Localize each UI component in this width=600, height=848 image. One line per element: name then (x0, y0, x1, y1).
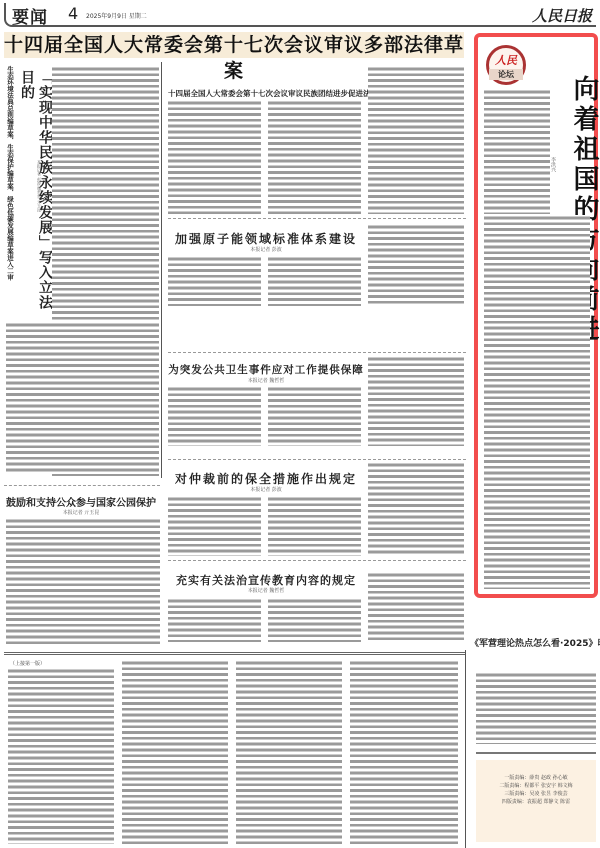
editor-credits: 一版责编：薛贵 赵政 孙心敏 二版责编：程都平 张安宇 韩文梅 三版责编：吴凌 … (476, 760, 596, 842)
credit-row: 二版责编：程都平 张安宇 韩文梅 (476, 782, 596, 790)
column-divider (465, 650, 466, 848)
article4-col3 (368, 356, 464, 446)
lead-body-wide (6, 322, 159, 474)
article5-col2 (268, 496, 361, 556)
banner: 十四届全国人大常委会第十七次会议审议多部法律草案 (4, 32, 464, 58)
article7-title: 鼓励和支持公众参与国家公园保护 (6, 494, 162, 509)
article6-col2 (268, 598, 361, 642)
opinion-author: 李洪兴 (550, 157, 557, 172)
article3-col2 (268, 256, 361, 306)
divider (168, 352, 466, 353)
opinion-box: 人民 论坛 向着祖国的方向前进 李洪兴 “共去吧，向洋！你不见戈壁大漠的风沙，山… (474, 33, 598, 598)
lead-subhead: 生态环境法典总则编草案、生态保护编草案、绿色低碳发展编草案进入二审 (6, 66, 14, 306)
article3-body (168, 256, 261, 306)
section-rule (4, 652, 466, 655)
article4-body (168, 386, 261, 446)
article5-title: 对仲裁前的保全措施作出规定 (168, 470, 364, 487)
article6-body (168, 598, 261, 642)
credit-row: 一版责编：薛贵 赵政 孙心敏 (476, 774, 596, 782)
column-seal: 人民 论坛 (486, 45, 526, 85)
opinion-body-wide (484, 215, 590, 589)
continued-col2 (122, 660, 228, 844)
article2-col3 (368, 66, 464, 214)
notice-title: 《军营理论热点怎么看·2025》印发全军 (470, 636, 600, 649)
page-number: 4 (68, 4, 78, 23)
article4-col2 (268, 386, 361, 446)
credit-row: 三版责编：吴凌 张昱 李俊芸 (476, 790, 596, 798)
article7-byline: 本报记者 亓玉昆 (6, 509, 156, 516)
masthead: 要闻 4 2025年9月9日 星期二 人民日报 (4, 3, 596, 27)
lead-byline: 本报记者 彭波 魏哲哲 亓玉昆 (36, 160, 42, 280)
article6-byline: 本报记者 魏哲哲 (168, 587, 364, 594)
section-name: 要闻 (12, 3, 48, 28)
article5-byline: 本报记者 彭波 (168, 486, 364, 493)
notice-body: 为坚持不懈用习近平新时代中国特色社会主义思想凝心铸魂，由中央军委政治工作部宣传局… (476, 672, 596, 744)
article4-title: 为突发公共卫生事件应对工作提供保障 (168, 362, 364, 377)
column-logo: 人民 (489, 52, 523, 68)
article3-title: 加强原子能领域标准体系建设 (168, 230, 364, 247)
article3-col3 (368, 224, 464, 306)
divider (168, 459, 466, 460)
article3-byline: 本报记者 彭波 (168, 246, 364, 253)
article2-body: 9月8日上午，十四届全国人大常委会第十七次会议听取了全国人大民族委员会关于提请审… (168, 100, 261, 214)
credit-row: 四版责编：袁振超 郑静文 陈雷 (476, 798, 596, 806)
article2-col2 (268, 100, 361, 214)
newspaper-logo: 人民日报 (532, 5, 592, 26)
opinion-body: “共去吧，向洋！你不见戈壁大漠的风沙，山在灰暗里飞过？过来中华民族的风尘？”前不… (484, 89, 550, 214)
column-name: 论坛 (489, 69, 523, 80)
divider (168, 560, 466, 561)
issue-date: 2025年9月9日 星期二 (86, 11, 147, 20)
divider (168, 218, 466, 219)
continued-col4 (350, 660, 458, 844)
continued-label: （上接第一版） (10, 660, 45, 667)
continued-col1 (8, 668, 114, 844)
notice-rule (476, 752, 596, 754)
article7-body (6, 518, 160, 646)
column-divider (161, 62, 162, 478)
article6-title: 充实有关法治宣传教育内容的规定 (168, 572, 364, 588)
divider (4, 485, 160, 486)
article5-body (168, 496, 261, 556)
article5-col3 (368, 462, 464, 556)
article4-byline: 本报记者 魏哲哲 (168, 377, 364, 384)
continued-col3 (236, 660, 342, 844)
article6-col3 (368, 572, 464, 642)
